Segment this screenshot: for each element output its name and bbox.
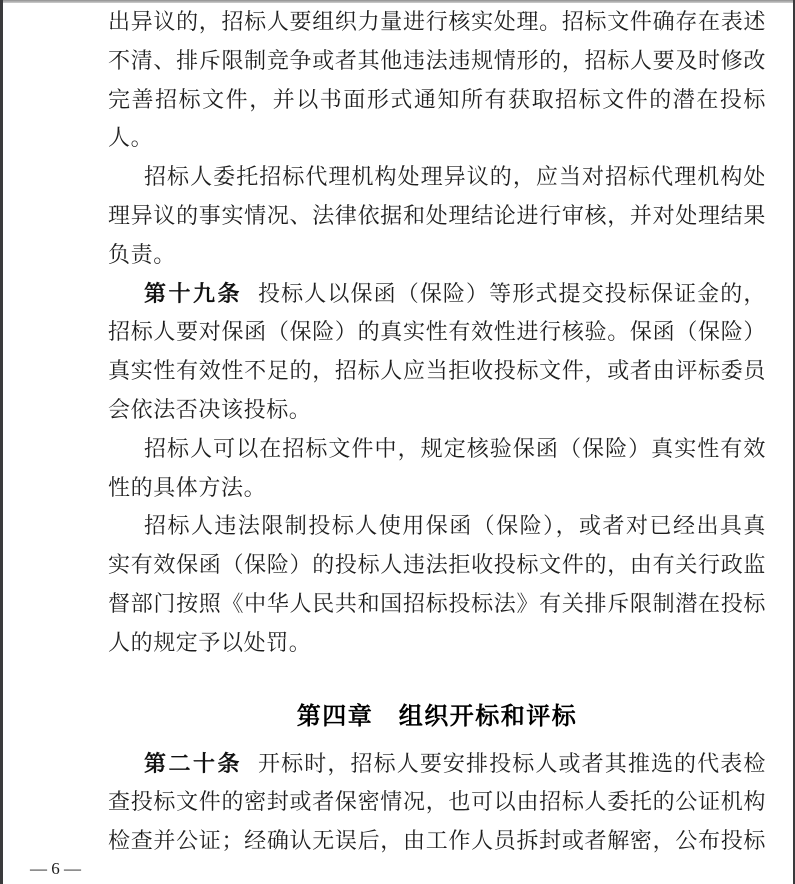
text-line: 第二十条开标时，招标人要安排投标人或者其推选的代表检: [108, 745, 766, 784]
text-line: 出异议的，招标人要组织力量进行核实处理。招标文件确存在表述: [108, 3, 766, 42]
text-line: 真实性有效性不足的，招标人应当拒收投标文件，或者由评标委员: [108, 352, 766, 391]
text-line: 招标人可以在招标文件中，规定核验保函（保险）真实性有效: [108, 430, 766, 469]
text-line: 理异议的事实情况、法律依据和处理结论进行审核，并对处理结果: [108, 197, 766, 236]
article-number-label: 第十九条: [144, 281, 242, 306]
page-left-edge: [0, 0, 3, 884]
chapter-heading: 第四章 组织开标和评标: [108, 695, 766, 739]
text-line: 第十九条投标人以保函（保险）等形式提交投标保证金的，: [108, 275, 766, 314]
text-line: 招标人要对保函（保险）的真实性有效性进行核验。保函（保险）: [108, 313, 766, 352]
page-number: — 6 —: [30, 858, 81, 880]
text-line: 完善招标文件，并以书面形式通知所有获取招标文件的潜在投标: [108, 81, 766, 120]
document-body: 出异议的，招标人要组织力量进行核实处理。招标文件确存在表述不清、排斥限制竞争或者…: [108, 3, 766, 861]
article-number-label: 第二十条: [144, 751, 242, 776]
text-line: 督部门按照《中华人民共和国招标投标法》有关排斥限制潜在投标: [108, 585, 766, 624]
text-line: 招标人委托招标代理机构处理异议的，应当对招标代理机构处: [108, 158, 766, 197]
text-line: 性的具体方法。: [108, 469, 766, 508]
text-line: 招标人违法限制投标人使用保函（保险），或者对已经出具真: [108, 507, 766, 546]
document-page: 出异议的，招标人要组织力量进行核实处理。招标文件确存在表述不清、排斥限制竞争或者…: [0, 0, 795, 884]
text-line: 人。: [108, 119, 766, 158]
text-line: 实有效保函（保险）的投标人违法拒收投标文件的，由有关行政监: [108, 546, 766, 585]
text-line: 检查并公证；经确认无误后，由工作人员拆封或者解密，公布投标: [108, 822, 766, 861]
text-line: 查投标文件的密封或者保密情况，也可以由招标人委托的公证机构: [108, 783, 766, 822]
text-line: 负责。: [108, 236, 766, 275]
text-line: 不清、排斥限制竞争或者其他违法违规情形的，招标人要及时修改: [108, 42, 766, 81]
text-line: 人的规定予以处罚。: [108, 624, 766, 663]
text-line: 会依法否决该投标。: [108, 391, 766, 430]
